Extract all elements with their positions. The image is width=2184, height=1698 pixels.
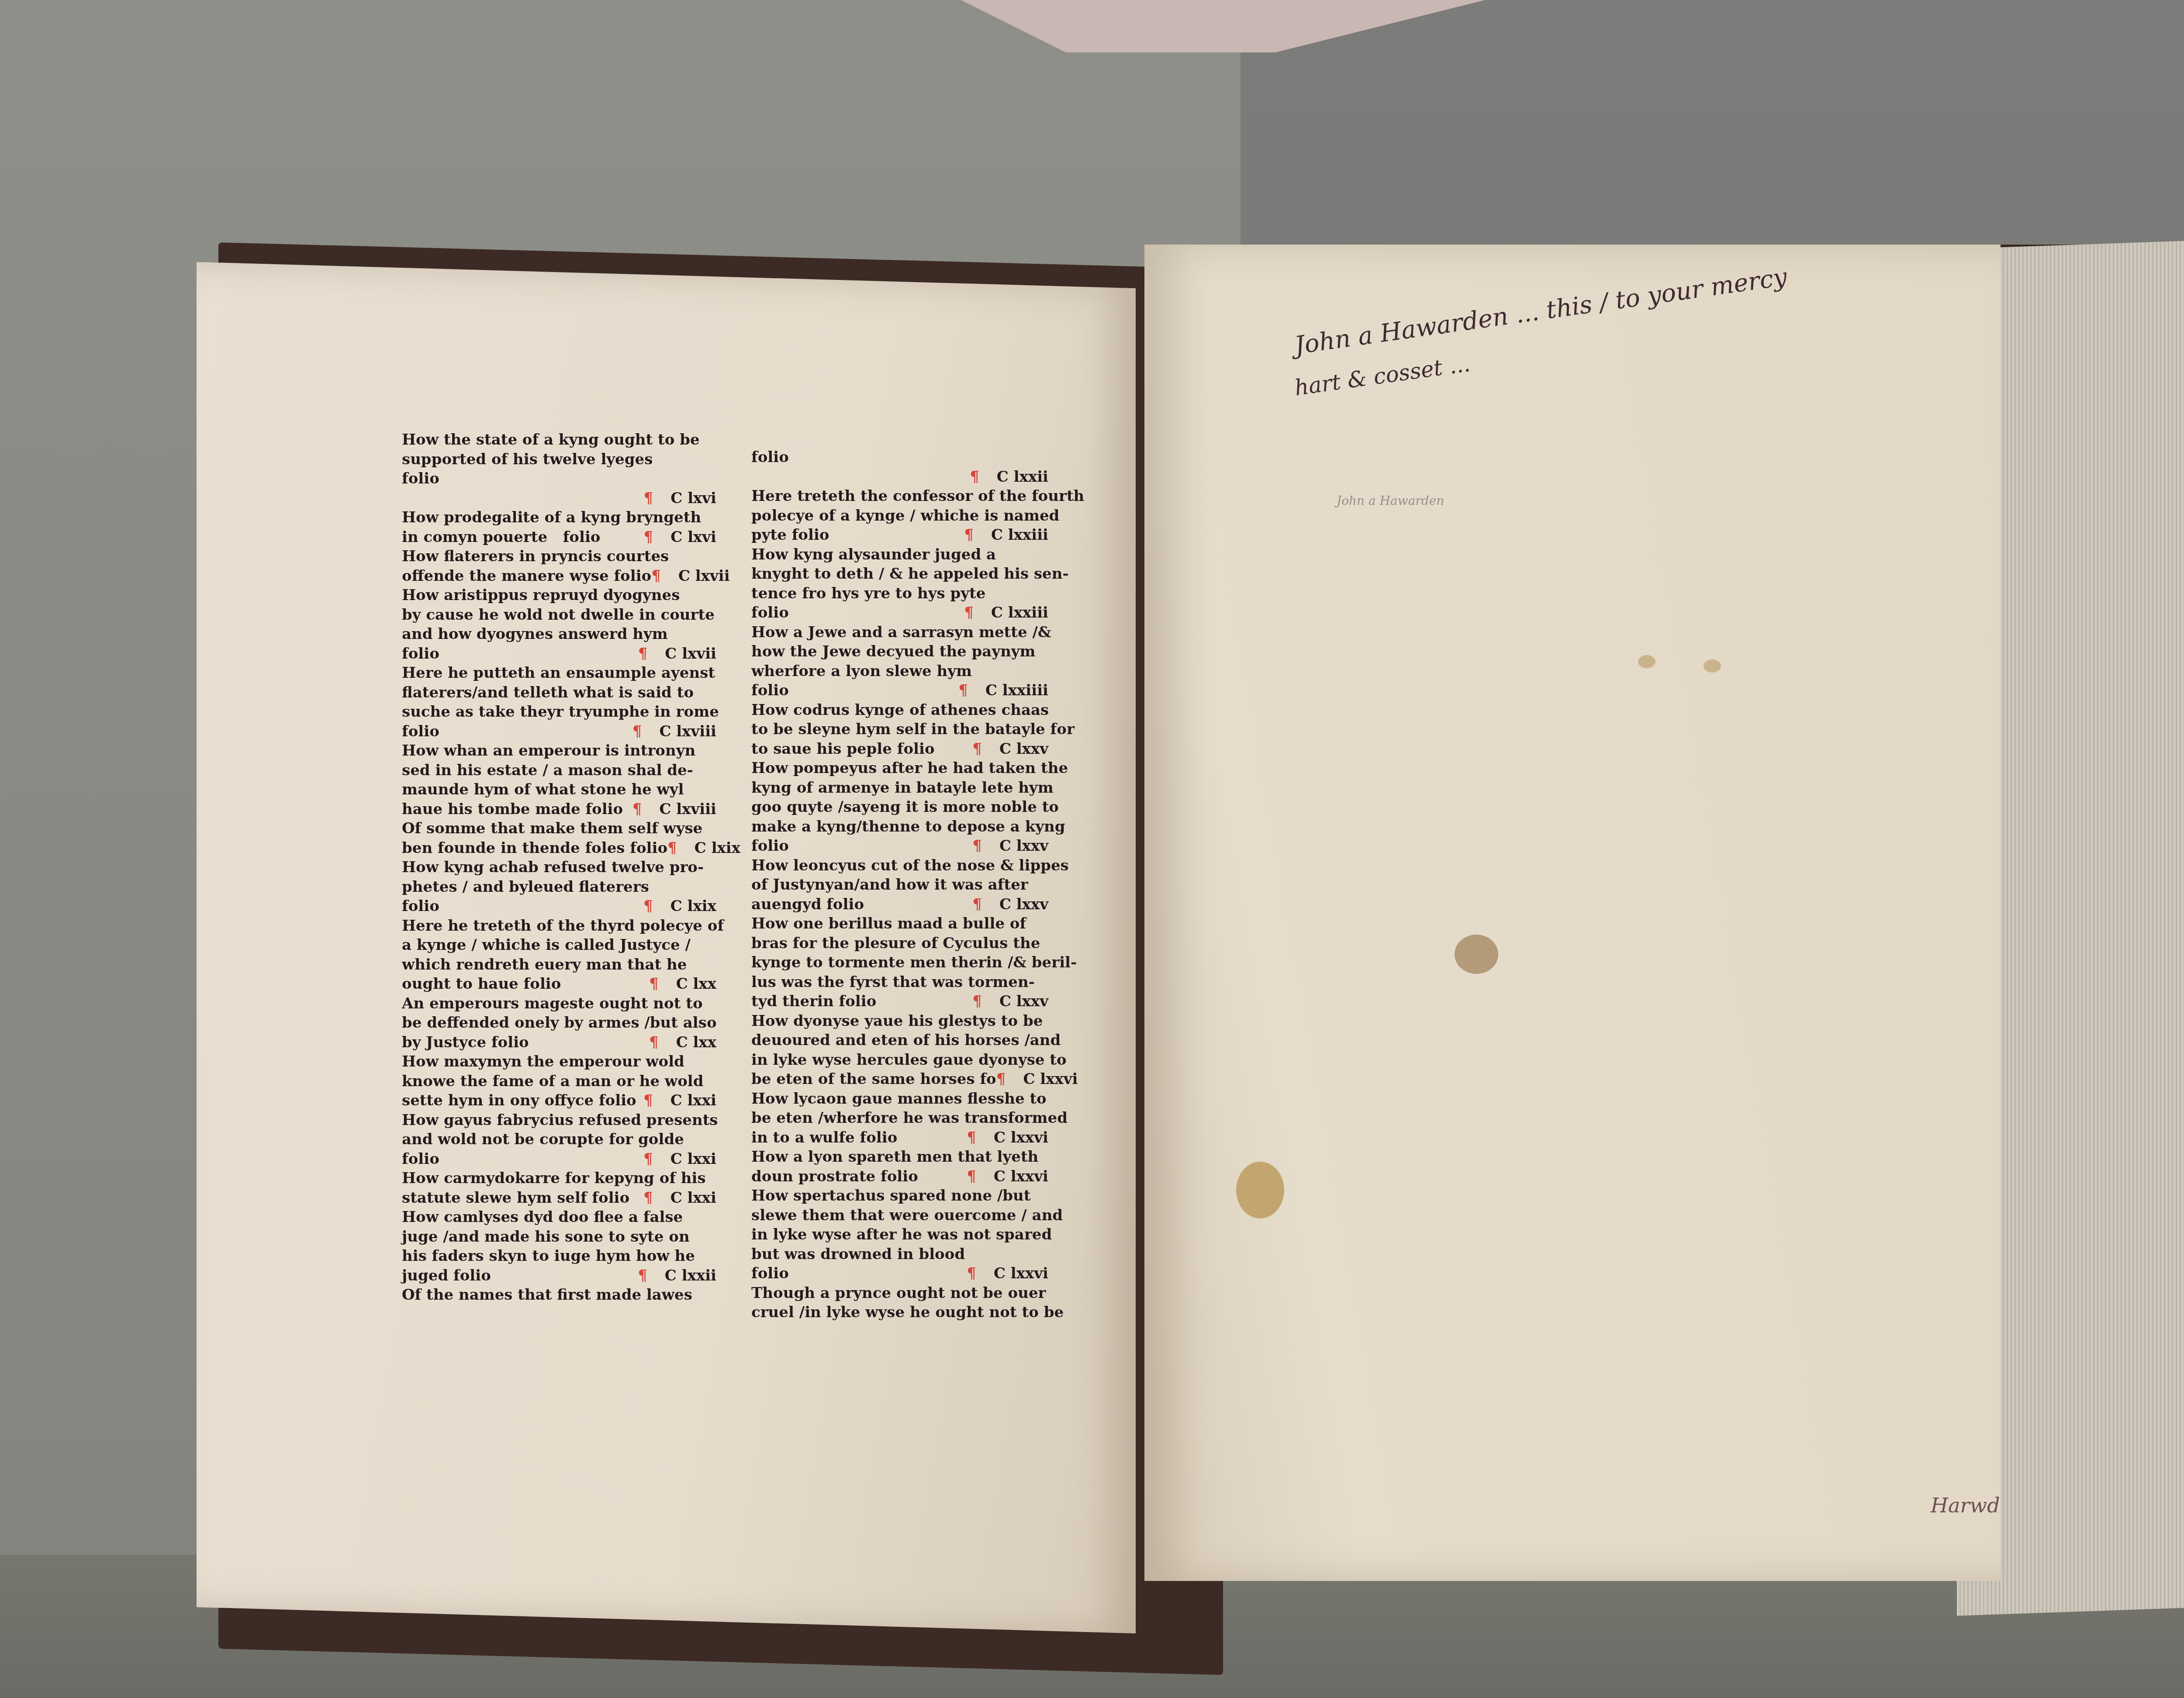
toc-entry-text: Here he treteth of the thyrd polecye of: [402, 916, 724, 936]
folio-reference: C lxviii: [659, 723, 716, 740]
toc-entry-text: statute slewe hym self folio: [402, 1188, 629, 1208]
toc-entry-text: folio: [402, 897, 439, 916]
toc-entry-line: suche as take theyr tryumphe in rome: [402, 702, 716, 722]
toc-entry-line: in comyn pouerte folio¶C lxvi: [402, 528, 716, 547]
toc-entry-line: How kyng alysaunder juged a: [751, 545, 1048, 565]
toc-entry-text: folio: [751, 681, 789, 701]
toc-entry-line: How aristippus repruyd dyogynes: [402, 586, 716, 605]
toc-entry-line: ¶C lxvi: [402, 489, 716, 508]
toc-entry-line: doun prostrate folio¶C lxxvi: [751, 1167, 1048, 1187]
toc-entry-text: How leoncyus cut of the nose & lippes: [751, 856, 1069, 876]
toc-column-2: folio¶C lxxiiHere treteth the confessor …: [751, 448, 1048, 1322]
toc-entry-text: How the state of a kyng ought to be: [402, 430, 700, 450]
toc-entry-text: deuoured and eten of his horses /and: [751, 1031, 1061, 1050]
toc-entry-line: of Justynyan/and how it was after: [751, 875, 1048, 895]
rubric-pilcrow-icon: ¶: [967, 1129, 976, 1146]
stain: [1455, 935, 1498, 974]
toc-entry-line: folio¶C lxxv: [751, 836, 1048, 856]
toc-entry-text: but was drowned in blood: [751, 1245, 965, 1264]
toc-entry-text: by Justyce folio: [402, 1033, 529, 1053]
toc-entry-line: How gayus fabrycius refused presents: [402, 1111, 716, 1130]
toc-entry-text: make a kyng/thenne to depose a kyng: [751, 817, 1065, 837]
folio-reference: C lxvii: [665, 645, 716, 663]
folio-reference: C lxxvi: [994, 1265, 1048, 1282]
rubric-pilcrow-icon: ¶: [649, 975, 659, 993]
toc-entry-line: folio¶C lxviii: [402, 722, 716, 742]
toc-entry-line: How camlyses dyd doo flee a false: [402, 1208, 716, 1227]
folio-reference: C lxxi: [670, 1150, 716, 1168]
toc-entry-text: to be sleyne hym self in the batayle for: [751, 720, 1075, 739]
toc-entry-line: a kynge / whiche is called Justyce /: [402, 935, 716, 955]
folio-reference: C lxxiii: [991, 526, 1048, 544]
toc-entry-line: folio¶C lxxiii: [751, 603, 1048, 623]
toc-entry-text: slewe them that were ouercome / and: [751, 1206, 1063, 1225]
toc-entry-line: tyd therin folio¶C lxxv: [751, 992, 1048, 1011]
folio-reference: C lxxiii: [991, 604, 1048, 621]
toc-entry-line: maunde hym of what stone he wyl: [402, 780, 716, 800]
toc-entry-text: doun prostrate folio: [751, 1167, 918, 1187]
toc-entry-line: wherfore a lyon slewe hym: [751, 662, 1048, 681]
toc-entry-text: How carmydokarre for kepyng of his: [402, 1169, 706, 1188]
toc-entry-text: Though a prynce ought not be ouer: [751, 1284, 1046, 1303]
toc-entry-text: be deffended onely by armes /but also: [402, 1013, 717, 1033]
toc-entry-line: polecye of a kynge / whiche is named: [751, 506, 1048, 526]
toc-entry-line: How kyng achab refused twelve pro-: [402, 858, 716, 877]
toc-entry-line: be deffended onely by armes /but also: [402, 1013, 716, 1033]
toc-entry-text: How prodegalite of a kyng bryngeth: [402, 508, 701, 528]
toc-entry-line: Here he treteth of the thyrd polecye of: [402, 916, 716, 936]
toc-entry-line: ought to haue folio¶C lxx: [402, 974, 716, 994]
toc-entry-line: in to a wulfe folio¶C lxxvi: [751, 1128, 1048, 1148]
toc-entry-line: pyte folio¶C lxxiii: [751, 525, 1048, 545]
toc-entry-text: in lyke wyse hercules gaue dyonyse to: [751, 1050, 1067, 1070]
toc-entry-line: knowe the fame of a man or he wold: [402, 1072, 716, 1091]
toc-entry-text: folio: [751, 603, 789, 623]
toc-entry-text: How lycaon gaue mannes flesshe to: [751, 1089, 1047, 1109]
toc-entry-line: How codrus kynge of athenes chaas: [751, 701, 1048, 720]
toc-entry-text: flaterers/and telleth what is said to: [402, 683, 694, 703]
folio-reference: C lxx: [676, 975, 716, 993]
toc-entry-line: and how dyogynes answerd hym: [402, 625, 716, 644]
toc-entry-text: polecye of a kynge / whiche is named: [751, 506, 1059, 526]
toc-entry-line: folio: [751, 448, 1048, 467]
toc-entry-text: juged folio: [402, 1266, 491, 1286]
folio-reference: C lxx: [676, 1034, 716, 1051]
toc-entry-line: be eten /wherfore he was transformed: [751, 1108, 1048, 1128]
toc-entry-text: be eten of the same horses fo: [751, 1070, 996, 1089]
stain: [1704, 659, 1721, 673]
toc-entry-line: ben founde in thende foles folio¶C lxix: [402, 839, 716, 858]
toc-entry-line: folio: [402, 469, 716, 489]
toc-entry-text: kyng of armenye in batayle lete hym: [751, 778, 1054, 798]
toc-entry-line: kyng of armenye in batayle lete hym: [751, 778, 1048, 798]
folio-reference: C lxxv: [999, 993, 1048, 1010]
toc-entry-text: How flaterers in pryncis courtes: [402, 547, 669, 566]
toc-column-1: How the state of a kyng ought to besuppo…: [402, 430, 716, 1305]
toc-entry-line: bras for the plesure of Cyculus the: [751, 934, 1048, 953]
toc-entry-text: offende the manere wyse folio: [402, 566, 651, 586]
folio-reference: C lxvi: [670, 490, 716, 507]
toc-entry-line: folio¶C lxvii: [402, 644, 716, 664]
rubric-pilcrow-icon: ¶: [972, 993, 982, 1010]
toc-entry-text: How gayus fabrycius refused presents: [402, 1111, 718, 1130]
toc-entry-text: wherfore a lyon slewe hym: [751, 662, 972, 681]
toc-entry-line: ¶C lxxii: [751, 467, 1048, 487]
toc-entry-text: in lyke wyse after he was not spared: [751, 1225, 1052, 1245]
toc-entry-text: How a lyon spareth men that lyeth: [751, 1147, 1038, 1167]
toc-entry-text: sette hym in ony offyce folio: [402, 1091, 636, 1111]
rubric-pilcrow-icon: ¶: [972, 896, 982, 913]
toc-entry-text: tyd therin folio: [751, 992, 876, 1011]
toc-entry-line: by cause he wold not dwelle in courte: [402, 605, 716, 625]
folio-reference: C lxxvi: [994, 1129, 1048, 1146]
toc-entry-line: How lycaon gaue mannes flesshe to: [751, 1089, 1048, 1109]
toc-entry-text: folio: [402, 722, 439, 742]
toc-entry-line: Here he putteth an ensaumple ayenst: [402, 663, 716, 683]
toc-entry-line: flaterers/and telleth what is said to: [402, 683, 716, 703]
toc-entry-line: folio¶C lxxvi: [751, 1264, 1048, 1284]
toc-entry-line: be eten of the same horses fo¶C lxxvi: [751, 1070, 1048, 1089]
toc-entry-line: statute slewe hym self folio¶C lxxi: [402, 1188, 716, 1208]
toc-entry-text: How codrus kynge of athenes chaas: [751, 701, 1049, 720]
toc-entry-text: by cause he wold not dwelle in courte: [402, 605, 715, 625]
toc-entry-line: Though a prynce ought not be ouer: [751, 1284, 1048, 1303]
rubric-pilcrow-icon: ¶: [643, 1150, 653, 1168]
toc-entry-text: phetes / and byleued flaterers: [402, 877, 649, 897]
toc-entry-line: How whan an emperour is intronyn: [402, 741, 716, 761]
rubric-pilcrow-icon: ¶: [644, 490, 653, 507]
rubric-pilcrow-icon: ¶: [632, 723, 642, 740]
toc-entry-line: juge /and made his sone to syte on: [402, 1227, 716, 1247]
rubric-pilcrow-icon: ¶: [643, 1189, 653, 1207]
toc-entry-text: knyght to deth / & he appeled his sen-: [751, 564, 1069, 584]
toc-entry-line: supported of his twelve lyeges: [402, 450, 716, 469]
toc-entry-line: folio¶C lxix: [402, 897, 716, 916]
toc-entry-text: kynge to tormente men therin /& beril-: [751, 953, 1077, 973]
folio-reference: C lxxvi: [1023, 1070, 1078, 1088]
toc-entry-text: and how dyogynes answerd hym: [402, 625, 668, 644]
folio-reference: C lxviii: [659, 801, 716, 818]
toc-entry-line: How a Jewe and a sarrasyn mette /&: [751, 623, 1048, 642]
toc-entry-line: How dyonyse yaue his glestys to be: [751, 1011, 1048, 1031]
toc-entry-line: but was drowned in blood: [751, 1245, 1048, 1264]
folio-reference: C lxxii: [665, 1267, 716, 1284]
stain: [1638, 655, 1655, 668]
toc-entry-text: Here treteth the confessor of the fourth: [751, 487, 1084, 506]
toc-entry-line: make a kyng/thenne to depose a kyng: [751, 817, 1048, 837]
toc-entry-text: folio: [402, 644, 439, 664]
toc-entry-line: An emperours mageste ought not to: [402, 994, 716, 1014]
toc-entry-text: pyte folio: [751, 525, 829, 545]
toc-entry-line: sed in his estate / a mason shal de-: [402, 761, 716, 780]
toc-entry-text: ben founde in thende foles folio: [402, 839, 667, 858]
folio-reference: C lxxvi: [994, 1168, 1048, 1185]
toc-entry-line: cruel /in lyke wyse he ought not to be: [751, 1303, 1048, 1322]
folio-reference: C lxxiiii: [985, 682, 1048, 699]
toc-entry-text: How maxymyn the emperour wold: [402, 1052, 684, 1072]
rubric-pilcrow-icon: ¶: [651, 567, 661, 585]
toc-entry-text: How aristippus repruyd dyogynes: [402, 586, 680, 605]
toc-entry-line: how the Jewe decyued the paynym: [751, 642, 1048, 662]
rubric-pilcrow-icon: ¶: [638, 1267, 647, 1284]
toc-entry-text: Of the names that first made lawes: [402, 1285, 692, 1305]
folio-reference: C lxvi: [670, 528, 716, 546]
toc-entry-line: How leoncyus cut of the nose & lippes: [751, 856, 1048, 876]
toc-entry-text: haue his tombe made folio: [402, 800, 623, 819]
toc-entry-line: How carmydokarre for kepyng of his: [402, 1169, 716, 1188]
rubric-pilcrow-icon: ¶: [964, 526, 974, 544]
toc-entry-line: lus was the fyrst that was tormen-: [751, 973, 1048, 992]
folio-reference: C lxxv: [999, 896, 1048, 913]
toc-entry-text: suche as take theyr tryumphe in rome: [402, 702, 719, 722]
toc-entry-text: How a Jewe and a sarrasyn mette /&: [751, 623, 1051, 642]
stain: [1236, 1162, 1284, 1218]
toc-entry-text: maunde hym of what stone he wyl: [402, 780, 684, 800]
toc-entry-text: a kynge / whiche is called Justyce /: [402, 935, 691, 955]
toc-entry-line: and wold not be corupte for golde: [402, 1130, 716, 1149]
toc-entry-line: Of somme that make them self wyse: [402, 819, 716, 839]
toc-entry-text: lus was the fyrst that was tormen-: [751, 973, 1035, 992]
rubric-pilcrow-icon: ¶: [996, 1070, 1006, 1088]
rubric-pilcrow-icon: ¶: [638, 645, 648, 663]
toc-entry-text: sed in his estate / a mason shal de-: [402, 761, 693, 780]
toc-entry-line: to be sleyne hym self in the batayle for: [751, 720, 1048, 739]
toc-entry-line: phetes / and byleued flaterers: [402, 877, 716, 897]
toc-entry-line: folio¶C lxxiiii: [751, 681, 1048, 701]
rubric-pilcrow-icon: ¶: [970, 468, 979, 486]
toc-entry-text: juge /and made his sone to syte on: [402, 1227, 690, 1247]
toc-entry-text: How kyng achab refused twelve pro-: [402, 858, 704, 877]
toc-entry-text: knowe the fame of a man or he wold: [402, 1072, 704, 1091]
rubric-pilcrow-icon: ¶: [972, 837, 982, 855]
toc-entry-text: How spertachus spared none /but: [751, 1186, 1031, 1206]
toc-entry-text: folio: [751, 836, 789, 856]
toc-entry-line: deuoured and eten of his horses /and: [751, 1031, 1048, 1050]
toc-entry-line: How a lyon spareth men that lyeth: [751, 1147, 1048, 1167]
rubric-pilcrow-icon: ¶: [958, 682, 968, 699]
toc-entry-text: folio: [751, 1264, 789, 1284]
toc-entry-text: How dyonyse yaue his glestys to be: [751, 1011, 1043, 1031]
rubric-pilcrow-icon: ¶: [667, 839, 677, 857]
toc-entry-text: How whan an emperour is intronyn: [402, 741, 695, 761]
toc-entry-line: by Justyce folio¶C lxx: [402, 1033, 716, 1053]
toc-entry-line: tence fro hys yre to hys pyte: [751, 584, 1048, 604]
toc-entry-line: kynge to tormente men therin /& beril-: [751, 953, 1048, 973]
toc-entry-line: which rendreth euery man that he: [402, 955, 716, 975]
toc-entry-line: sette hym in ony offyce folio¶C lxxi: [402, 1091, 716, 1111]
toc-entry-text: how the Jewe decyued the paynym: [751, 642, 1036, 662]
toc-entry-line: goo quyte /sayeng it is more noble to: [751, 797, 1048, 817]
folio-reference: C lxix: [670, 897, 716, 915]
toc-entry-text: tence fro hys yre to hys pyte: [751, 584, 985, 604]
toc-entry-line: in lyke wyse hercules gaue dyonyse to: [751, 1050, 1048, 1070]
toc-entry-line: How flaterers in pryncis courtes: [402, 547, 716, 566]
toc-entry-text: How one berillus maad a bulle of: [751, 914, 1026, 934]
toc-entry-line: How prodegalite of a kyng bryngeth: [402, 508, 716, 528]
rubric-pilcrow-icon: ¶: [964, 604, 974, 621]
toc-entry-line: juged folio¶C lxxii: [402, 1266, 716, 1286]
toc-entry-text: which rendreth euery man that he: [402, 955, 687, 975]
toc-entry-line: How spertachus spared none /but: [751, 1186, 1048, 1206]
toc-entry-line: How the state of a kyng ought to be: [402, 430, 716, 450]
rubric-pilcrow-icon: ¶: [649, 1034, 659, 1051]
toc-entry-text: his faders skyn to iuge hym how he: [402, 1246, 695, 1266]
toc-entry-text: cruel /in lyke wyse he ought not to be: [751, 1303, 1064, 1322]
rubric-pilcrow-icon: ¶: [643, 1092, 653, 1109]
toc-entry-text: How kyng alysaunder juged a: [751, 545, 996, 565]
toc-entry-text: Of somme that make them self wyse: [402, 819, 702, 839]
right-page: [1144, 245, 2001, 1581]
toc-entry-line: offende the manere wyse folio¶C lxvii: [402, 566, 716, 586]
toc-entry-text: goo quyte /sayeng it is more noble to: [751, 797, 1059, 817]
signature: Harwd: [1931, 1494, 2000, 1517]
toc-entry-text: in to a wulfe folio: [751, 1128, 897, 1148]
toc-entry-line: Here treteth the confessor of the fourth: [751, 487, 1048, 506]
rubric-pilcrow-icon: ¶: [967, 1168, 976, 1185]
toc-entry-text: folio: [751, 448, 789, 467]
toc-entry-line: How maxymyn the emperour wold: [402, 1052, 716, 1072]
rubric-pilcrow-icon: ¶: [632, 801, 642, 818]
folio-reference: C lxxv: [999, 837, 1048, 855]
folio-reference: C lxix: [695, 839, 740, 857]
toc-entry-text: in comyn pouerte folio: [402, 528, 601, 547]
toc-entry-line: auengyd folio¶C lxxv: [751, 895, 1048, 915]
toc-entry-text: ought to haue folio: [402, 974, 561, 994]
toc-entry-text: How pompeyus after he had taken the: [751, 759, 1068, 778]
folio-reference: C lxvii: [678, 567, 730, 585]
toc-entry-text: How camlyses dyd doo flee a false: [402, 1208, 683, 1227]
toc-entry-text: bras for the plesure of Cyculus the: [751, 934, 1040, 953]
toc-entry-line: How pompeyus after he had taken the: [751, 759, 1048, 778]
toc-entry-line: How one berillus maad a bulle of: [751, 914, 1048, 934]
toc-entry-text: be eten /wherfore he was transformed: [751, 1108, 1068, 1128]
toc-entry-text: supported of his twelve lyeges: [402, 450, 653, 469]
toc-entry-line: haue his tombe made folio¶C lxviii: [402, 800, 716, 819]
toc-entry-text: to saue his peple folio: [751, 739, 935, 759]
rubric-pilcrow-icon: ¶: [967, 1265, 976, 1282]
toc-entry-line: his faders skyn to iuge hym how he: [402, 1246, 716, 1266]
folio-reference: C lxxi: [670, 1189, 716, 1207]
toc-entry-text: of Justynyan/and how it was after: [751, 875, 1028, 895]
pencil-note: John a Hawarden: [1337, 494, 1444, 508]
folio-reference: C lxxi: [670, 1092, 716, 1109]
toc-entry-line: in lyke wyse after he was not spared: [751, 1225, 1048, 1245]
toc-entry-text: and wold not be corupte for golde: [402, 1130, 684, 1149]
toc-entry-line: Of the names that first made lawes: [402, 1285, 716, 1305]
toc-entry-text: auengyd folio: [751, 895, 864, 915]
folio-reference: C lxxv: [999, 740, 1048, 758]
toc-entry-text: folio: [402, 469, 439, 489]
toc-entry-line: to saue his peple folio¶C lxxv: [751, 739, 1048, 759]
toc-entry-line: knyght to deth / & he appeled his sen-: [751, 564, 1048, 584]
rubric-pilcrow-icon: ¶: [972, 740, 982, 758]
toc-entry-line: slewe them that were ouercome / and: [751, 1206, 1048, 1225]
toc-entry-line: folio¶C lxxi: [402, 1149, 716, 1169]
toc-entry-text: Here he putteth an ensaumple ayenst: [402, 663, 715, 683]
rubric-pilcrow-icon: ¶: [644, 528, 653, 546]
folio-reference: C lxxii: [997, 468, 1048, 486]
rubric-pilcrow-icon: ¶: [643, 897, 653, 915]
toc-entry-text: An emperours mageste ought not to: [402, 994, 703, 1014]
toc-entry-text: folio: [402, 1149, 439, 1169]
